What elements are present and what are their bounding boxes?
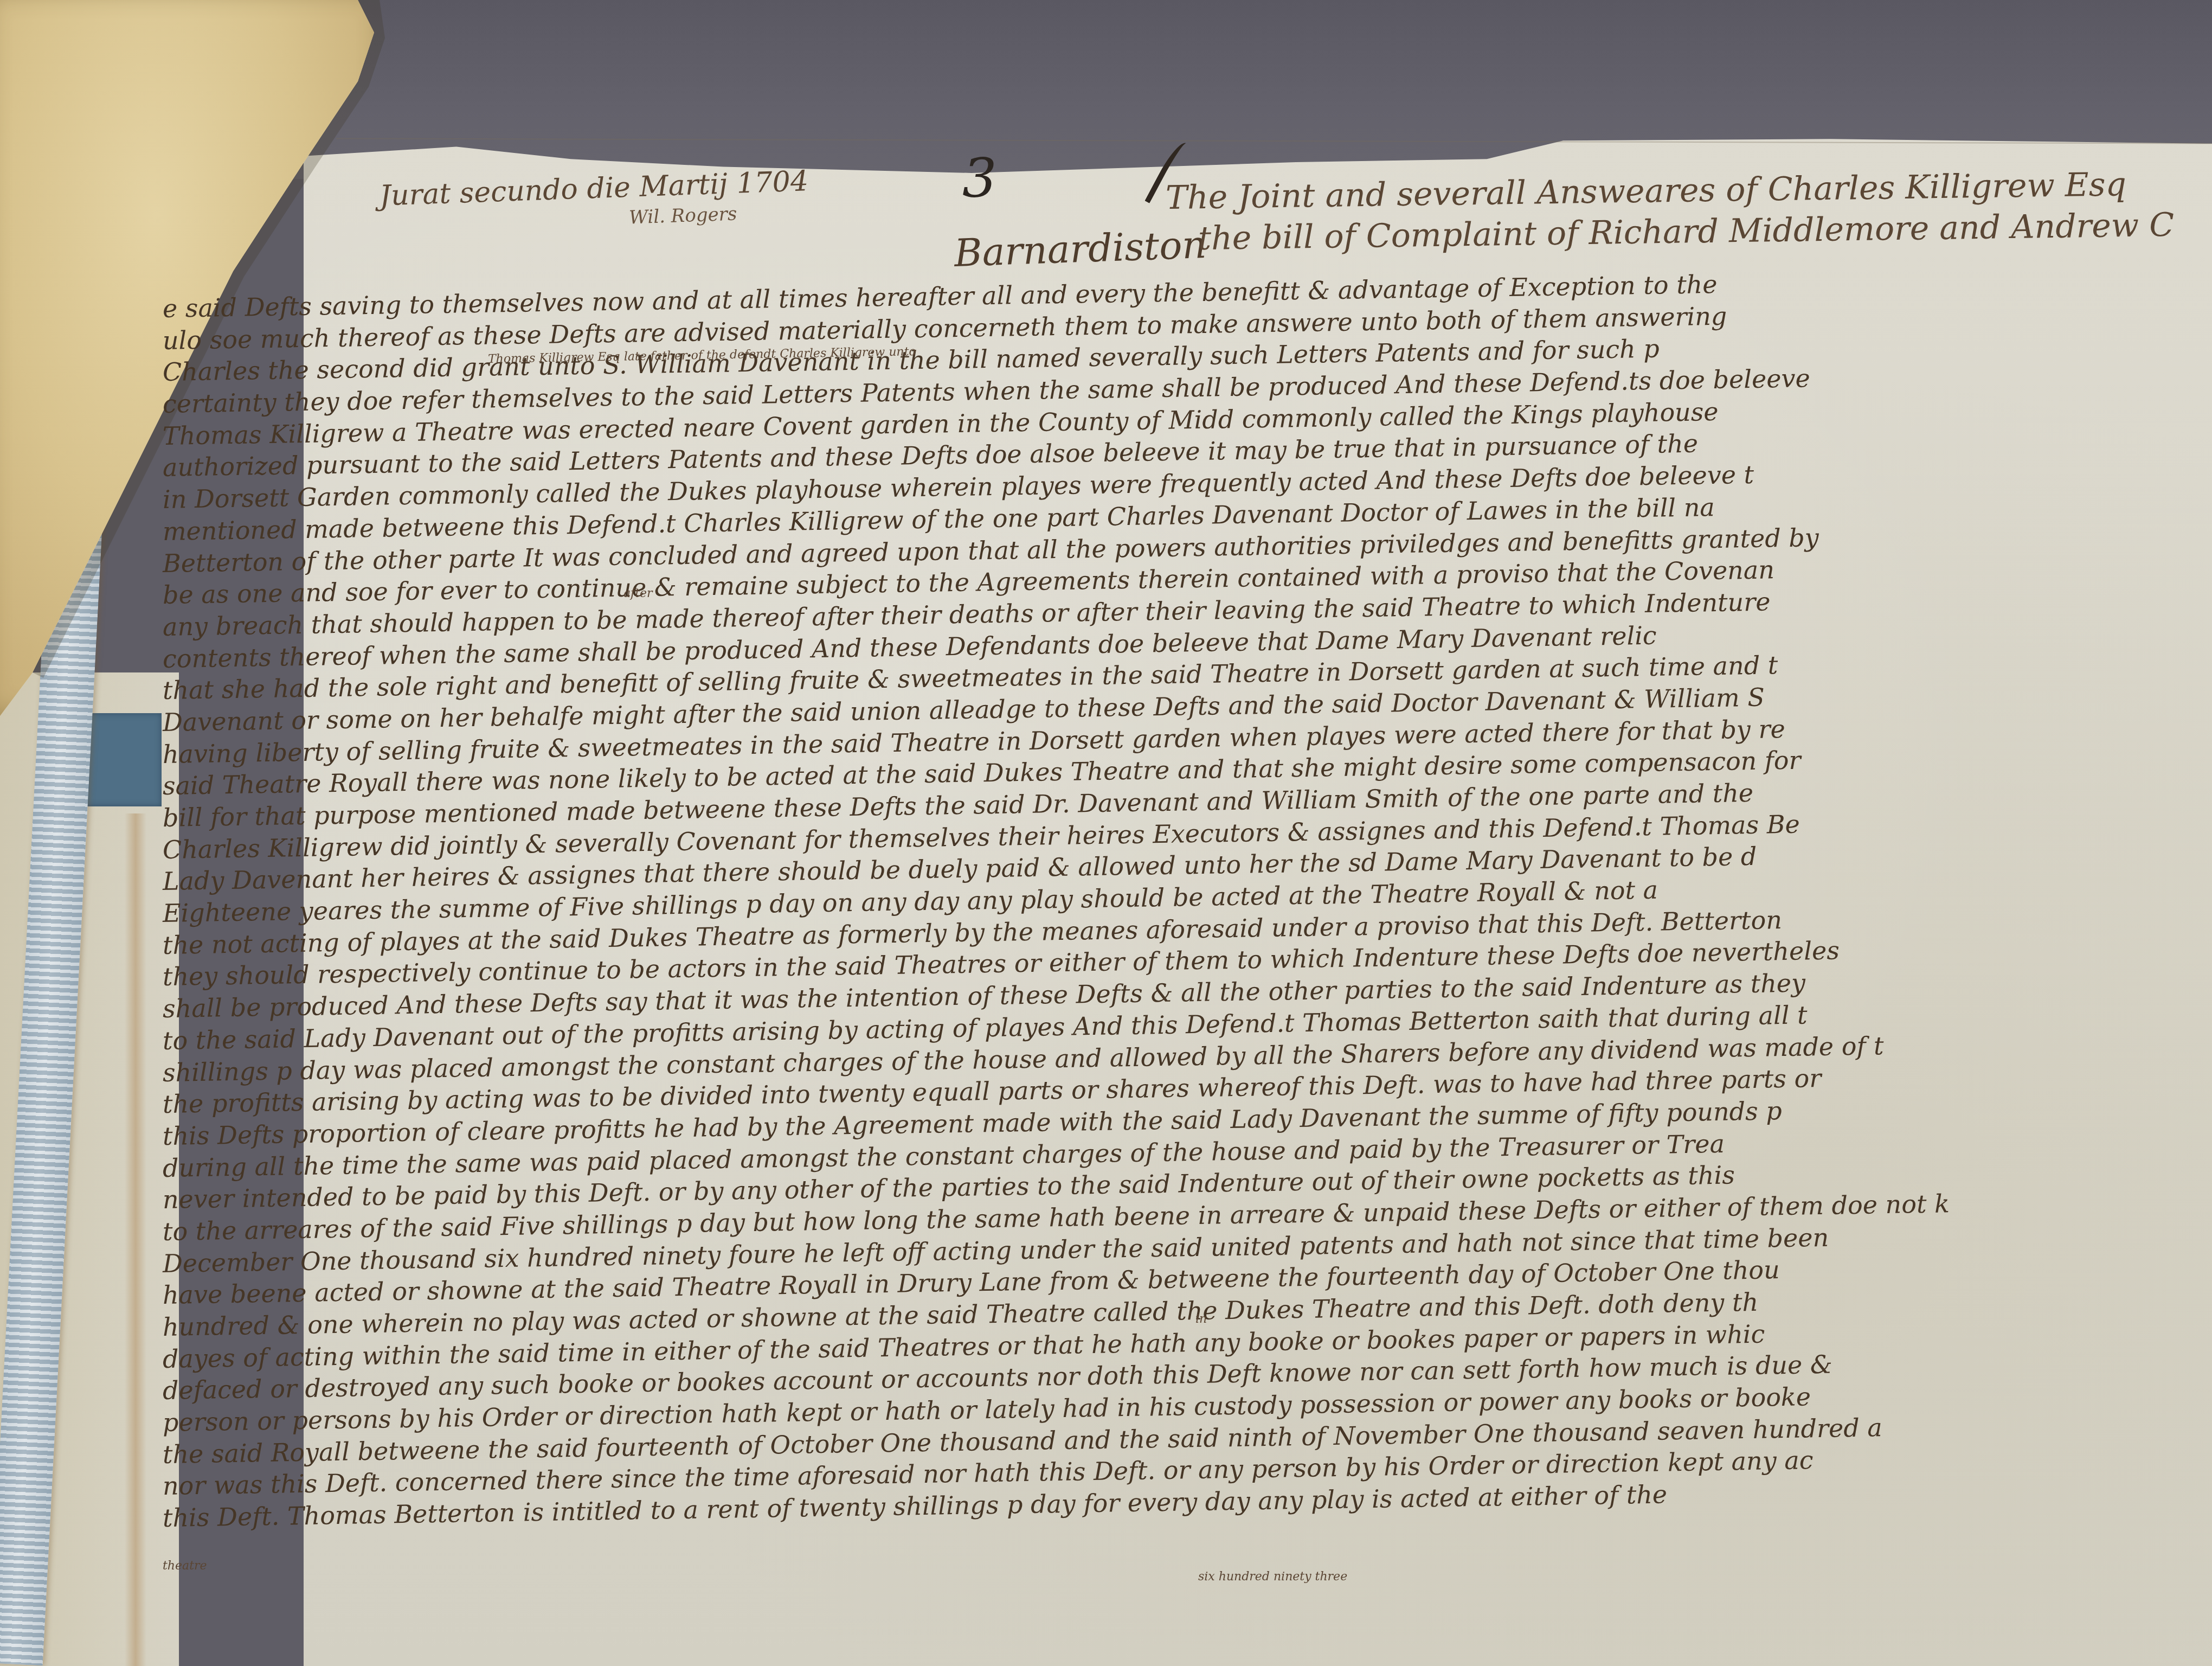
- interlinear-note-line33-left: theatre: [163, 1559, 207, 1573]
- case-name: Barnardiston: [954, 222, 1207, 275]
- interlinear-note-line27: in: [1195, 1312, 1207, 1326]
- body-text: e said Defts saving to themselves now an…: [163, 293, 2212, 1534]
- clerk-signature: Wil. Rogers: [628, 203, 737, 229]
- folio-number: 3: [962, 146, 997, 210]
- interlinear-note-line10: after: [623, 587, 653, 600]
- interlinear-note-line33: six hundred ninety three: [1198, 1570, 1347, 1584]
- water-stain: [125, 813, 146, 1666]
